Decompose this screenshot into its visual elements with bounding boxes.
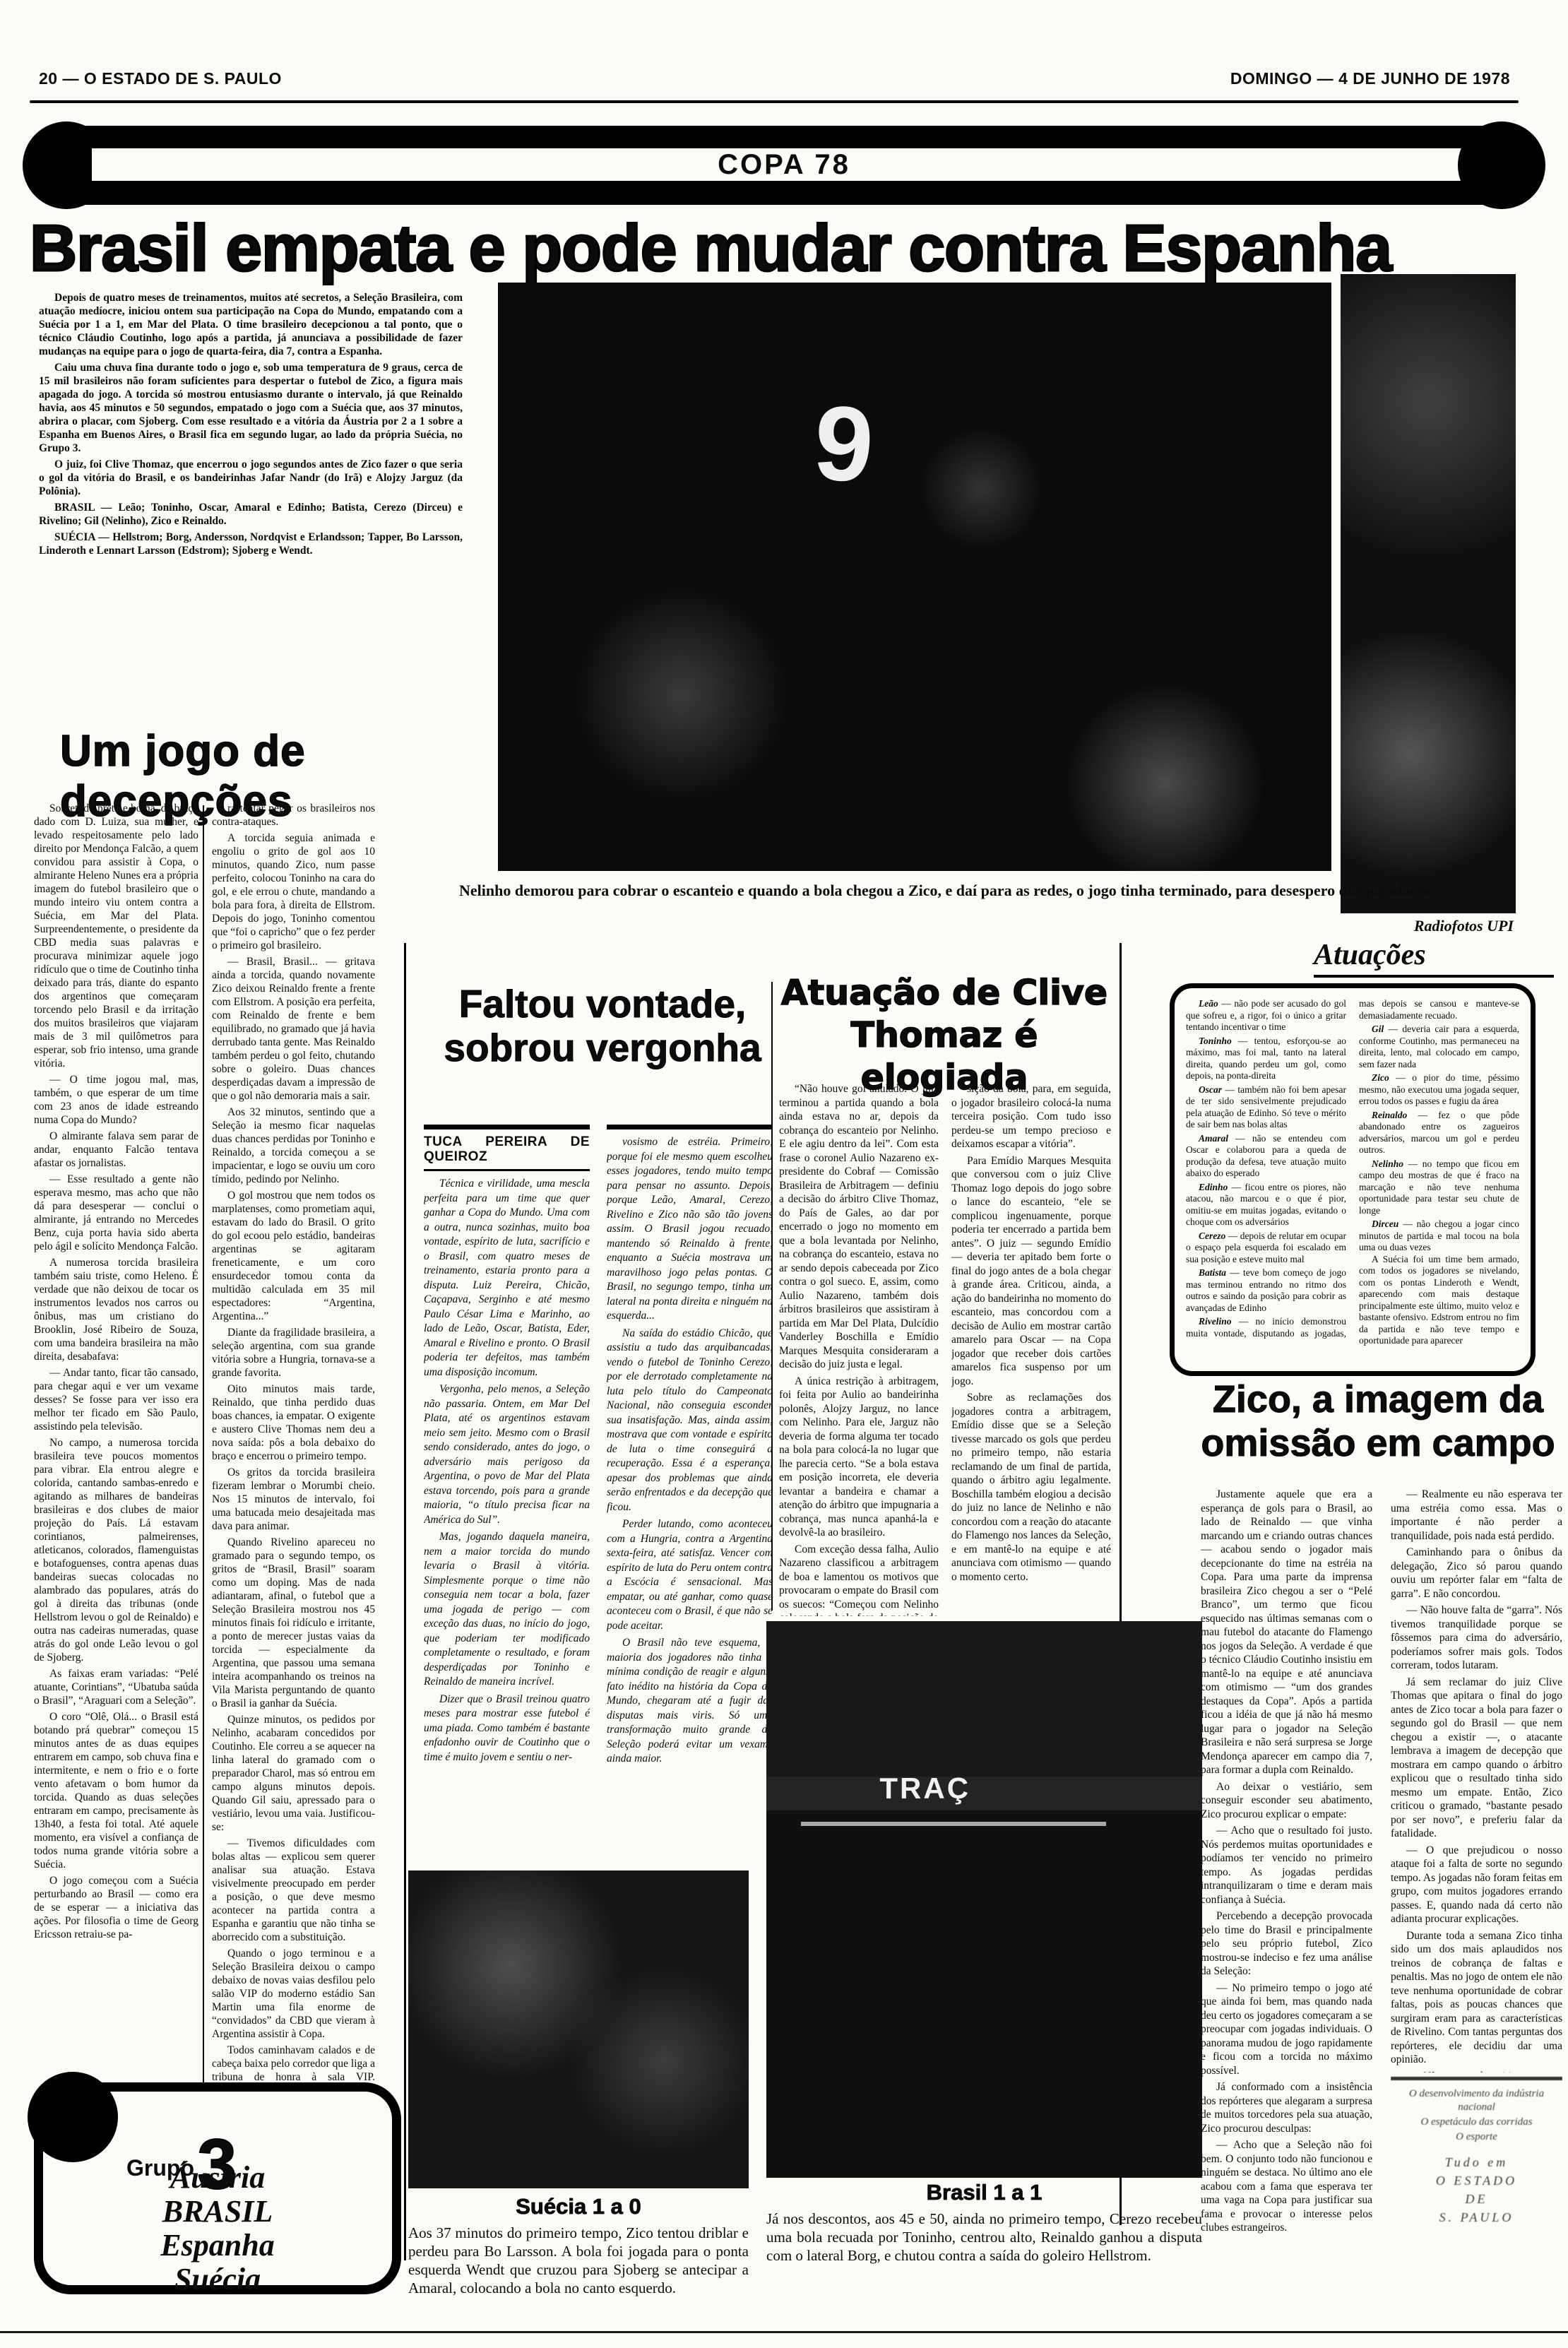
goalpost-line <box>801 1822 1106 1826</box>
faltou-column-1: TUCA PEREIRA DE QUEIROZ Técnica e virili… <box>424 1125 590 1865</box>
zico-article: Justamente aquele que era a esperança de… <box>1201 1488 1562 2251</box>
caption-title-brazil: Brasil 1 a 1 <box>766 2180 1202 2205</box>
zico-column-2-text: — Realmente eu não esperava ter uma estr… <box>1391 1488 1562 2073</box>
bottom-rule <box>0 2331 1568 2333</box>
newspaper-promo: O desenvolvimento da indústria nacionalO… <box>1391 2077 1562 2226</box>
stadium-board-text: TRAÇ <box>879 1772 970 1806</box>
main-photo-caption: Nelinho demorou para cobrar o escanteio … <box>459 882 1516 900</box>
headline-faltou-line2: sobrou vergonha <box>444 1026 761 1069</box>
headline-faltou-vontade: Faltou vontade, sobrou vergonha <box>435 982 770 1069</box>
match-photo-side <box>1341 274 1516 913</box>
promo-logo: Tudo emO ESTADODES. PAULO <box>1391 2154 1562 2226</box>
copa78-banner: COPA 78 <box>28 126 1540 205</box>
copa78-banner-label: COPA 78 <box>92 148 1476 181</box>
edition-date: DOMINGO — 4 DE JUNHO DE 1978 <box>1230 69 1510 88</box>
caption-text-sweden: Aos 37 minutos do primeiro tempo, Zico t… <box>408 2224 749 2330</box>
atuacoes-team-note: A Suécia foi um time bem armado, com tod… <box>1359 1254 1519 1347</box>
column-rule <box>404 943 406 2260</box>
zico-column-1: Justamente aquele que era a esperança de… <box>1201 1488 1372 2236</box>
caption-text-brazil: Já nos descontos, aos 45 e 50, ainda no … <box>766 2210 1202 2301</box>
photo-credit: Radiofotos UPI <box>1341 917 1514 935</box>
main-headline: Brasil empata e pode mudar contra Espanh… <box>30 211 1541 286</box>
promo-lines: O desenvolvimento da indústria nacionalO… <box>1391 2087 1562 2144</box>
headline-zico-line2: omissão em campo <box>1201 1422 1555 1464</box>
clive-column-1: “Não houve gol anulado. O juiz terminou … <box>779 1082 939 1616</box>
caption-title-sweden: Suécia 1 a 0 <box>408 2194 749 2219</box>
header-rule <box>30 100 1519 103</box>
shirt-number: 9 <box>810 381 877 506</box>
clive-column-2: sição da bola, para, em seguida, o jogad… <box>951 1082 1111 1616</box>
atuacoes-ratings-box: Leão — não pode ser acusado do gol que s… <box>1170 983 1536 1376</box>
headline-clive-thomaz: Atuação de Clive Thomaz é elogiada <box>777 972 1112 1099</box>
group-teams: ÁustriaBRASILEspanhaSuécia <box>43 2161 392 2296</box>
faltou-column-2: vosismo de estréia. Primeiro, porque foi… <box>607 1125 773 1865</box>
goal-photo-brazil: TRAÇ <box>766 1621 1202 2178</box>
goal-photo-sweden <box>408 1870 749 2188</box>
atuacoes-label: Atuações <box>1314 938 1554 978</box>
headline-zico-line1: Zico, a imagem da <box>1213 1378 1543 1421</box>
decepcoes-column-2: ra tentar pegar os brasileiros nos contr… <box>212 802 375 2255</box>
headline-faltou-line1: Faltou vontade, <box>459 982 746 1026</box>
page-number-masthead: 20 — O ESTADO DE S. PAULO <box>39 69 282 88</box>
byline: TUCA PEREIRA DE QUEIROZ <box>424 1135 590 1171</box>
decepcoes-column-1: Sobretudo preto e boina, de braço dado c… <box>34 802 198 2070</box>
column-rule <box>203 805 204 2253</box>
newspaper-page: 20 — O ESTADO DE S. PAULO DOMINGO — 4 DE… <box>0 0 1568 2348</box>
faltou-article: TUCA PEREIRA DE QUEIROZ Técnica e virili… <box>424 1125 773 1865</box>
clive-article: “Não houve gol anulado. O juiz terminou … <box>779 1082 1111 1616</box>
zico-column-2: — Realmente eu não esperava ter uma estr… <box>1391 1488 1562 2251</box>
faltou-column-1-text: Técnica e virilidade, uma mescla perfeit… <box>424 1177 590 1765</box>
group-box-dot <box>28 2072 118 2162</box>
headline-zico: Zico, a imagem da omissão em campo <box>1194 1377 1562 1465</box>
group-3-box: Grupo 3 ÁustriaBRASILEspanhaSuécia <box>34 2082 401 2294</box>
headline-clive-line1: Atuação de Clive <box>781 973 1107 1013</box>
match-photo-main: 9 <box>498 283 1331 871</box>
